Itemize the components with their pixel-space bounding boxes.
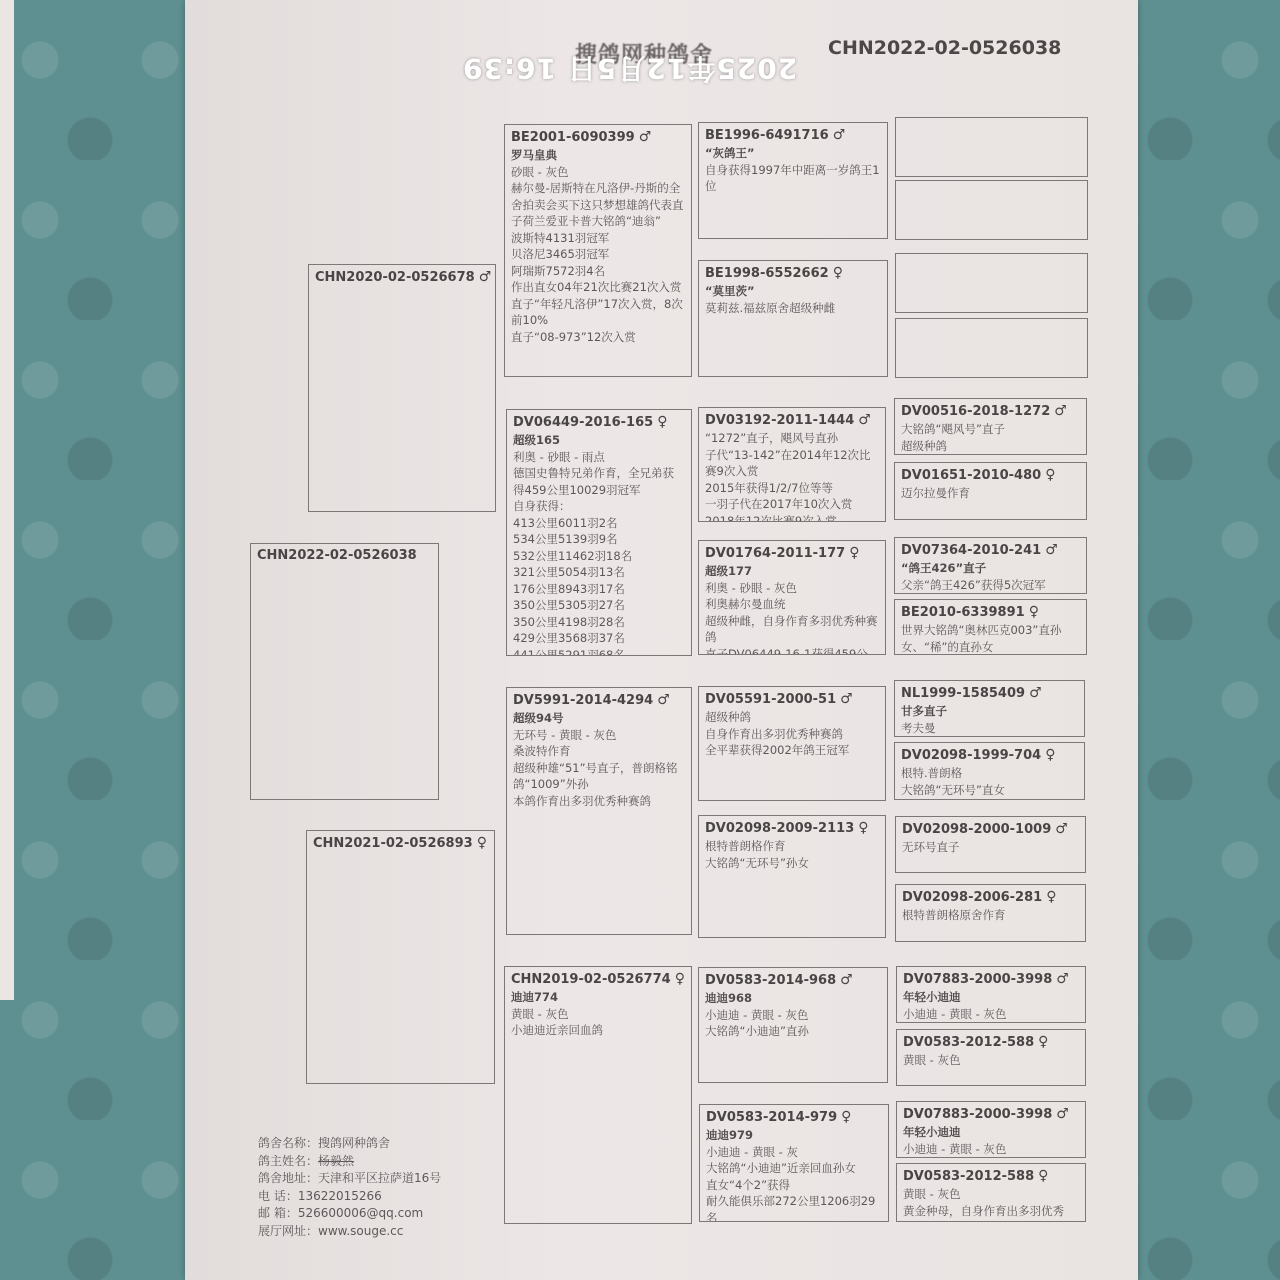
pedigree-note: “莫里茨” xyxy=(705,283,881,300)
pedigree-note: 2018年12次比赛9次入赏 xyxy=(705,513,879,523)
grandsire-maternal-box: DV5991-2014-4294♂超级94号无环号 - 黄眼 - 灰色桑波特作育… xyxy=(506,687,692,935)
pedigree-note: 罗马皇典 xyxy=(511,147,685,164)
pedigree-note: 利奥赫尔曼血统 xyxy=(705,596,879,613)
male-symbol-icon: ♂ xyxy=(1056,971,1069,987)
pedigree-note: 迈尔拉曼作育 xyxy=(901,485,1080,502)
photo-timestamp: 2025年12月5日 16:39 xyxy=(462,50,797,90)
pedigree-note: 532公里11462羽18名 xyxy=(513,548,685,565)
great-grandparent-box: DV05591-2000-51♂超级种鸽自身作育出多羽优秀种赛鸽全平辈获得200… xyxy=(698,686,886,801)
male-symbol-icon: ♂ xyxy=(1029,685,1042,701)
pedigree-note: 441公里5291羽68名 xyxy=(513,647,685,657)
gg-grandparent-box xyxy=(895,180,1088,240)
pedigree-note: 超级种鸽 xyxy=(901,438,1080,455)
pedigree-note: 小迪迪 - 黄眼 - 灰色 xyxy=(903,1141,1079,1158)
gg-grandparent-box: DV07883-2000-3998♂年轻小迪迪小迪迪 - 黄眼 - 灰色 xyxy=(896,966,1086,1023)
loft-info-footer: 鸽舍名称：搜鸽网种鸽舍 鸽主姓名：杨毅然 鸽舍地址：天津和平区拉萨道16号 电 … xyxy=(258,1135,441,1240)
pigeon-ring-id: BE1998-6552662♀ xyxy=(705,264,881,283)
pigeon-ring-id: DV5991-2014-4294♂ xyxy=(513,691,685,710)
male-symbol-icon: ♂ xyxy=(858,412,871,428)
gg-grandparent-box: DV0583-2012-588♀黄眼 - 灰色黄金种母，自身作育出多羽优秀 xyxy=(896,1163,1086,1222)
great-grandparent-box: DV0583-2014-968♂迪迪968小迪迪 - 黄眼 - 灰色大铭鸽“小迪… xyxy=(698,967,888,1083)
pedigree-note: 无环号直子 xyxy=(902,839,1079,856)
male-symbol-icon: ♂ xyxy=(1055,821,1068,837)
gg-grandparent-box xyxy=(895,117,1088,177)
pedigree-note: 全平辈获得2002年鸽王冠军 xyxy=(705,742,879,759)
gg-grandparent-box: NL1999-1585409♂甘多直子考夫曼 xyxy=(894,680,1085,737)
pedigree-note: 321公里5054羽13名 xyxy=(513,564,685,581)
pedigree-note: 2015年获得1/2/7位等等 xyxy=(705,480,879,497)
pedigree-note: 黄眼 - 灰色 xyxy=(511,1006,685,1023)
pedigree-note: 考夫曼 xyxy=(901,720,1078,737)
pedigree-note: 一羽子代在2017年10次入赏 xyxy=(705,496,879,513)
gg-grandparent-box: DV02098-2006-281♀根特普朗格原舍作育 xyxy=(895,884,1086,942)
pedigree-note: 大铭鸽“飓风号”直子 xyxy=(901,421,1080,438)
pedigree-note: 作出直女04年21次比赛21次入赏 xyxy=(511,279,685,296)
pigeon-ring-id: DV0583-2012-588♀ xyxy=(903,1033,1079,1052)
female-symbol-icon: ♀ xyxy=(849,545,859,561)
pedigree-note: 超级94号 xyxy=(513,710,685,727)
pigeon-ring-id: DV07364-2010-241♂ xyxy=(901,541,1080,560)
pigeon-ring-id: CHN2019-02-0526774♀ xyxy=(511,970,685,989)
footer-website: 展厅网址：www.souge.cc xyxy=(258,1223,441,1241)
pedigree-note: 父亲“鸽王426”获得5次冠军 xyxy=(901,577,1080,594)
female-symbol-icon: ♀ xyxy=(657,414,667,430)
male-symbol-icon: ♂ xyxy=(1045,542,1058,558)
footer-owner-name: 鸽主姓名：杨毅然 xyxy=(258,1153,441,1171)
pedigree-note: 迪迪968 xyxy=(705,990,881,1007)
gg-grandparent-box xyxy=(895,253,1088,313)
male-symbol-icon: ♂ xyxy=(639,129,652,145)
gg-grandparent-box: DV00516-2018-1272♂大铭鸽“飓风号”直子超级种鸽 xyxy=(894,398,1087,455)
pigeon-ring-id: BE2001-6090399♂ xyxy=(511,128,685,147)
male-symbol-icon: ♂ xyxy=(840,972,853,988)
pedigree-note: 阿瑞斯7572羽4名 xyxy=(511,263,685,280)
male-symbol-icon: ♂ xyxy=(657,692,670,708)
pedigree-note: 小迪迪近亲回血鸽 xyxy=(511,1022,685,1039)
great-grandparent-box: DV0583-2014-979♀迪迪979小迪迪 - 黄眼 - 灰大铭鸽“小迪迪… xyxy=(699,1104,889,1222)
pigeon-ring-id: DV00516-2018-1272♂ xyxy=(901,402,1080,421)
gg-grandparent-box: DV01651-2010-480♀迈尔拉曼作育 xyxy=(894,462,1087,520)
pigeon-ring-id: DV02098-2006-281♀ xyxy=(902,888,1079,907)
pedigree-note: “鸽王426”直子 xyxy=(901,560,1080,577)
pigeon-ring-id: DV07883-2000-3998♂ xyxy=(903,1105,1079,1124)
footer-email: 邮 箱：526600006@qq.com xyxy=(258,1205,441,1223)
pedigree-note: 超级165 xyxy=(513,432,685,449)
pigeon-ring-id: CHN2020-02-0526678♂ xyxy=(315,268,489,287)
male-symbol-icon: ♂ xyxy=(1056,1106,1069,1122)
footer-address: 鸽舍地址：天津和平区拉萨道16号 xyxy=(258,1170,441,1188)
pedigree-note: 350公里5305羽27名 xyxy=(513,597,685,614)
pedigree-note: 350公里4198羽28名 xyxy=(513,614,685,631)
pedigree-note: 利奥 - 砂眼 - 雨点 xyxy=(513,449,685,466)
pedigree-note: 年轻小迪迪 xyxy=(903,989,1079,1006)
pedigree-note: 超级177 xyxy=(705,563,879,580)
pigeon-ring-id: CHN2022-02-0526038 xyxy=(257,547,432,565)
female-symbol-icon: ♀ xyxy=(1038,1034,1048,1050)
pigeon-ring-id: DV0583-2014-979♀ xyxy=(706,1108,882,1127)
female-symbol-icon: ♀ xyxy=(1038,1168,1048,1184)
pedigree-note: 甘多直子 xyxy=(901,703,1078,720)
great-grandparent-box: DV03192-2011-1444♂“1272”直子，飓风号直孙子代“13-14… xyxy=(698,407,886,522)
pigeon-ring-id: DV02098-1999-704♀ xyxy=(901,746,1078,765)
pedigree-note: 大铭鸽“小迪迪”近亲回血孙女 xyxy=(706,1160,882,1177)
pedigree-note: 根特普朗格原舍作育 xyxy=(902,907,1079,924)
grandsire-paternal-box: BE2001-6090399♂罗马皇典砂眼 - 灰色赫尔曼-居斯特在凡洛伊-丹斯… xyxy=(504,124,692,377)
pigeon-ring-id: BE2010-6339891♀ xyxy=(901,603,1080,622)
pigeon-ring-id: DV0583-2014-968♂ xyxy=(705,971,881,990)
pigeon-ring-id: DV07883-2000-3998♂ xyxy=(903,970,1079,989)
pedigree-note: 176公里8943羽17名 xyxy=(513,581,685,598)
great-grandparent-box: BE1996-6491716♂“灰鸽王”自身获得1997年中距离一岁鸽王1位 xyxy=(698,122,888,239)
pedigree-note: 黄金种母，自身作育出多羽优秀 xyxy=(903,1203,1079,1220)
gg-grandparent-box: DV07364-2010-241♂“鸽王426”直子父亲“鸽王426”获得5次冠… xyxy=(894,537,1087,594)
pedigree-note: 534公里5139羽9名 xyxy=(513,531,685,548)
granddam-paternal-box: DV06449-2016-165♀超级165利奥 - 砂眼 - 雨点德国史鲁特兄… xyxy=(506,409,692,656)
male-symbol-icon: ♂ xyxy=(1054,403,1067,419)
female-symbol-icon: ♀ xyxy=(1045,747,1055,763)
pigeon-ring-id: BE1996-6491716♂ xyxy=(705,126,881,145)
pedigree-note: “1272”直子，飓风号直孙 xyxy=(705,430,879,447)
pedigree-note: 无环号 - 黄眼 - 灰色 xyxy=(513,727,685,744)
sire-box: CHN2020-02-0526678♂ xyxy=(308,264,496,512)
gg-grandparent-box: DV02098-2000-1009♂无环号直子 xyxy=(895,816,1086,873)
pedigree-note: 桑波特作育 xyxy=(513,743,685,760)
gg-grandparent-box xyxy=(895,318,1088,378)
pedigree-note: 年轻小迪迪 xyxy=(903,1124,1079,1141)
pedigree-note: “灰鸽王” xyxy=(705,145,881,162)
female-symbol-icon: ♀ xyxy=(1045,467,1055,483)
pigeon-ring-id: NL1999-1585409♂ xyxy=(901,684,1078,703)
female-symbol-icon: ♀ xyxy=(858,820,868,836)
pedigree-note: 黄眼 - 灰色 xyxy=(903,1052,1079,1069)
male-symbol-icon: ♂ xyxy=(840,691,853,707)
female-symbol-icon: ♀ xyxy=(841,1109,851,1125)
pigeon-ring-id: DV02098-2009-2113♀ xyxy=(705,819,879,838)
female-symbol-icon: ♀ xyxy=(477,835,487,851)
pedigree-note: 迪迪979 xyxy=(706,1127,882,1144)
pigeon-ring-id: DV03192-2011-1444♂ xyxy=(705,411,879,430)
pigeon-ring-id: DV05591-2000-51♂ xyxy=(705,690,879,709)
pedigree-note: 利奥 - 砂眼 - 灰色 xyxy=(705,580,879,597)
pigeon-ring-id: CHN2021-02-0526893♀ xyxy=(313,834,488,853)
pedigree-note: 自身作育出多羽优秀种赛鸽 xyxy=(705,726,879,743)
gg-grandparent-box: DV0583-2012-588♀黄眼 - 灰色 xyxy=(896,1029,1086,1086)
footer-phone: 电 话：13622015266 xyxy=(258,1188,441,1206)
pedigree-note: 小迪迪 - 黄眼 - 灰色 xyxy=(705,1007,881,1024)
gg-grandparent-box: DV07883-2000-3998♂年轻小迪迪小迪迪 - 黄眼 - 灰色 xyxy=(896,1101,1086,1158)
pigeon-ring-id: DV02098-2000-1009♂ xyxy=(902,820,1079,839)
footer-loft-name: 鸽舍名称：搜鸽网种鸽舍 xyxy=(258,1135,441,1153)
pedigree-note: 直子DV06449-16-1获得459公 xyxy=(705,646,879,656)
pedigree-note: 429公里3568羽37名 xyxy=(513,630,685,647)
pedigree-note: 大铭鸽“无环号”直女 xyxy=(901,782,1078,799)
great-grandparent-box: DV01764-2011-177♀超级177利奥 - 砂眼 - 灰色利奥赫尔曼血… xyxy=(698,540,886,655)
pedigree-note: 本鸽作育出多羽优秀种赛鸽 xyxy=(513,793,685,810)
granddam-maternal-box: CHN2019-02-0526774♀迪迪774黄眼 - 灰色小迪迪近亲回血鸽 xyxy=(504,966,692,1224)
pedigree-note: 直子“08-973”12次入赏 xyxy=(511,329,685,346)
pedigree-note: 世界大铭鸽“奥林匹克003”直孙女、“稀”的直孙女 xyxy=(901,622,1080,655)
female-symbol-icon: ♀ xyxy=(833,265,843,281)
male-symbol-icon: ♂ xyxy=(833,127,846,143)
pedigree-note: 直女“4个2”获得 xyxy=(706,1177,882,1194)
female-symbol-icon: ♀ xyxy=(1029,604,1039,620)
pigeon-ring-id: DV0583-2012-588♀ xyxy=(903,1167,1079,1186)
gg-grandparent-box: BE2010-6339891♀世界大铭鸽“奥林匹克003”直孙女、“稀”的直孙女 xyxy=(894,599,1087,655)
pedigree-note: 直子“年轻凡洛伊”17次入赏，8次前10% xyxy=(511,296,685,329)
pedigree-note: 413公里6011羽2名 xyxy=(513,515,685,532)
female-symbol-icon: ♀ xyxy=(1046,889,1056,905)
gg-grandparent-box: DV02098-1999-704♀根特.普朗格大铭鸽“无环号”直女 xyxy=(894,742,1085,800)
pedigree-note: 子代“13-142”在2014年12次比赛9次入赏 xyxy=(705,447,879,480)
pedigree-note: 贝洛尼3465羽冠军 xyxy=(511,246,685,263)
pedigree-note: 小迪迪 - 黄眼 - 灰色 xyxy=(903,1006,1079,1023)
pedigree-note: 莫莉兹.福兹原舍超级种雌 xyxy=(705,300,881,317)
pedigree-note: 迪迪774 xyxy=(511,989,685,1006)
pigeon-ring-id: DV01764-2011-177♀ xyxy=(705,544,879,563)
pedigree-note: 自身获得1997年中距离一岁鸽王1位 xyxy=(705,162,881,195)
pigeon-ring-id: DV06449-2016-165♀ xyxy=(513,413,685,432)
header-pigeon-id: CHN2022-02-0526038 xyxy=(828,37,1061,59)
pedigree-note: 大铭鸽“无环号”孙女 xyxy=(705,855,879,872)
background-paper-edge xyxy=(0,0,14,1000)
male-symbol-icon: ♂ xyxy=(479,269,492,285)
pedigree-note: 根特.普朗格 xyxy=(901,765,1078,782)
pedigree-note: 耐久能俱乐部272公里1206羽29名 xyxy=(706,1193,882,1222)
pedigree-note: 超级种雄“51”号直子，普朗格铭鸽“1009”外孙 xyxy=(513,760,685,793)
pedigree-note: 波斯特4131羽冠军 xyxy=(511,230,685,247)
dam-box: CHN2021-02-0526893♀ xyxy=(306,830,495,1084)
subject-box: CHN2022-02-0526038 xyxy=(250,543,439,800)
pedigree-note: 砂眼 - 灰色 xyxy=(511,164,685,181)
pedigree-note: 大铭鸽“小迪迪”直孙 xyxy=(705,1023,881,1040)
pedigree-note: 超级种鸽 xyxy=(705,709,879,726)
pedigree-note: 赫尔曼-居斯特在凡洛伊-丹斯的全舍拍卖会买下这只梦想雄鸽代表直子荷兰爱亚卡普大铭… xyxy=(511,180,685,230)
pedigree-note: 黄眼 - 灰色 xyxy=(903,1186,1079,1203)
great-grandparent-box: DV02098-2009-2113♀根特普朗格作育大铭鸽“无环号”孙女 xyxy=(698,815,886,938)
pedigree-note: 德国史鲁特兄弟作育，全兄弟获得459公里10029羽冠军 xyxy=(513,465,685,498)
pigeon-ring-id: DV01651-2010-480♀ xyxy=(901,466,1080,485)
great-grandparent-box: BE1998-6552662♀“莫里茨”莫莉兹.福兹原舍超级种雌 xyxy=(698,260,888,377)
pedigree-note: 超级种雌，自身作育多羽优秀种赛鸽 xyxy=(705,613,879,646)
pedigree-note: 根特普朗格作育 xyxy=(705,838,879,855)
pedigree-note: 自身获得： xyxy=(513,498,685,515)
pedigree-note: 小迪迪 - 黄眼 - 灰 xyxy=(706,1144,882,1161)
female-symbol-icon: ♀ xyxy=(675,971,685,987)
